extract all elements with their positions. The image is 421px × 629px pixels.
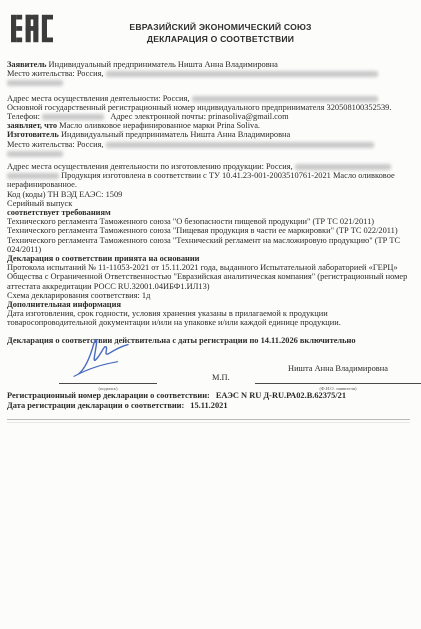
manufacturer-residence-label: Место жительства: Россия,	[7, 140, 104, 149]
validity-text: Декларация о соответствии действительна …	[7, 336, 356, 345]
applicant-residence-line2	[7, 78, 414, 87]
signature-block: (подпись) М.П. Ништа Анна Владимировна (…	[7, 361, 414, 391]
basis-label: Декларация о соответствии принята на осн…	[7, 254, 200, 263]
redacted-address	[7, 80, 63, 86]
signature-line	[59, 373, 157, 384]
registration-date-label: Дата регистрации декларации о соответств…	[7, 401, 184, 410]
applicant-name: Индивидуальный предприниматель Ништа Анн…	[49, 60, 278, 69]
production-address-label: Адрес места осуществления деятельности п…	[7, 162, 293, 171]
declares-text: Масло оливковое нерафинированное марки P…	[59, 121, 260, 130]
manufacturer-name: Индивидуальный предприниматель Ништа Анн…	[61, 130, 290, 139]
redacted-address	[295, 164, 391, 170]
manufacturer-residence-line2	[7, 149, 414, 158]
email-value: prinasoliva@gmail.com	[208, 112, 289, 121]
declaration-document: ЕВРАЗИЙСКИЙ ЭКОНОМИЧЕСКИЙ СОЮЗ ДЕКЛАРАЦИ…	[0, 0, 421, 629]
applicant-residence-line: Место жительства: Россия,	[7, 69, 414, 78]
product-spec-line: Продукция изготовлена в соответствии с Т…	[7, 171, 414, 189]
activity-address-line: Адрес места осуществления деятельности: …	[7, 94, 414, 103]
signature-caption: (подпись)	[59, 384, 157, 393]
redacted-address	[192, 96, 378, 102]
document-title: ЕВРАЗИЙСКИЙ ЭКОНОМИЧЕСКИЙ СОЮЗ ДЕКЛАРАЦИ…	[40, 21, 401, 45]
contacts-line: Телефон: Адрес электронной почты: prinas…	[7, 112, 414, 121]
serial-line: Серийный выпуск	[7, 199, 414, 208]
manufacturer-residence-line: Место жительства: Россия,	[7, 140, 414, 149]
scheme-line: Схема декларирования соответствия: 1д	[7, 291, 414, 300]
email-label: Адрес электронной почты:	[110, 112, 206, 121]
additional-heading: Дополнительная информация	[7, 300, 414, 309]
additional-label: Дополнительная информация	[7, 300, 121, 309]
redacted-address	[7, 151, 63, 157]
title-union: ЕВРАЗИЙСКИЙ ЭКОНОМИЧЕСКИЙ СОЮЗ	[40, 21, 401, 33]
declares-label: заявляет, что	[7, 121, 57, 130]
requirements-label: соответствует требованиям	[7, 208, 111, 217]
manufacturer-line: Изготовитель Индивидуальный предпринимат…	[7, 130, 414, 139]
requirement-item: Технического регламента Таможенного союз…	[7, 217, 414, 226]
basis-text: Протокола испытаний № 11-11053-2021 от 1…	[7, 263, 414, 291]
document-body: Заявитель Индивидуальный предприниматель…	[7, 60, 414, 423]
requirements-heading: соответствует требованиям	[7, 208, 414, 217]
manufacturer-label: Изготовитель	[7, 130, 59, 139]
activity-address-label: Адрес места осуществления деятельности: …	[7, 94, 189, 103]
bottom-divider	[7, 419, 410, 423]
registration-date-line: Дата регистрации декларации о соответств…	[7, 401, 414, 410]
signatory-name-caption: (Ф.И.О. заявителя)	[255, 384, 421, 393]
redacted-address	[106, 71, 378, 77]
basis-heading: Декларация о соответствии принята на осн…	[7, 254, 414, 263]
stamp-place-label: М.П.	[212, 373, 230, 382]
redacted-address	[106, 142, 374, 148]
redacted-phone	[42, 114, 104, 120]
applicant-label: Заявитель	[7, 60, 46, 69]
requirement-item: Технического регламента Таможенного союз…	[7, 236, 414, 254]
signatory-name: Ништа Анна Владимировна	[255, 364, 421, 384]
tnved-line: Код (коды) ТН ВЭД ЕАЭС: 1509	[7, 190, 414, 199]
registration-date-value: 15.11.2021	[190, 401, 227, 410]
applicant-residence-label: Место жительства: Россия,	[7, 69, 104, 78]
production-address-line: Адрес места осуществления деятельности п…	[7, 162, 414, 171]
applicant-line: Заявитель Индивидуальный предприниматель…	[7, 60, 414, 69]
additional-text: Дата изготовления, срок годности, услови…	[7, 309, 414, 327]
redacted-address	[7, 173, 59, 179]
title-declaration: ДЕКЛАРАЦИЯ О СООТВЕТСТВИИ	[40, 33, 401, 45]
ogrn-line: Основной государственный регистрационный…	[7, 103, 414, 112]
product-spec-text: Продукция изготовлена в соответствии с Т…	[7, 171, 395, 189]
requirement-item: Технического регламента Таможенного союз…	[7, 226, 414, 235]
declares-line: заявляет, что Масло оливковое нерафиниро…	[7, 121, 414, 130]
phone-label: Телефон:	[7, 112, 40, 121]
